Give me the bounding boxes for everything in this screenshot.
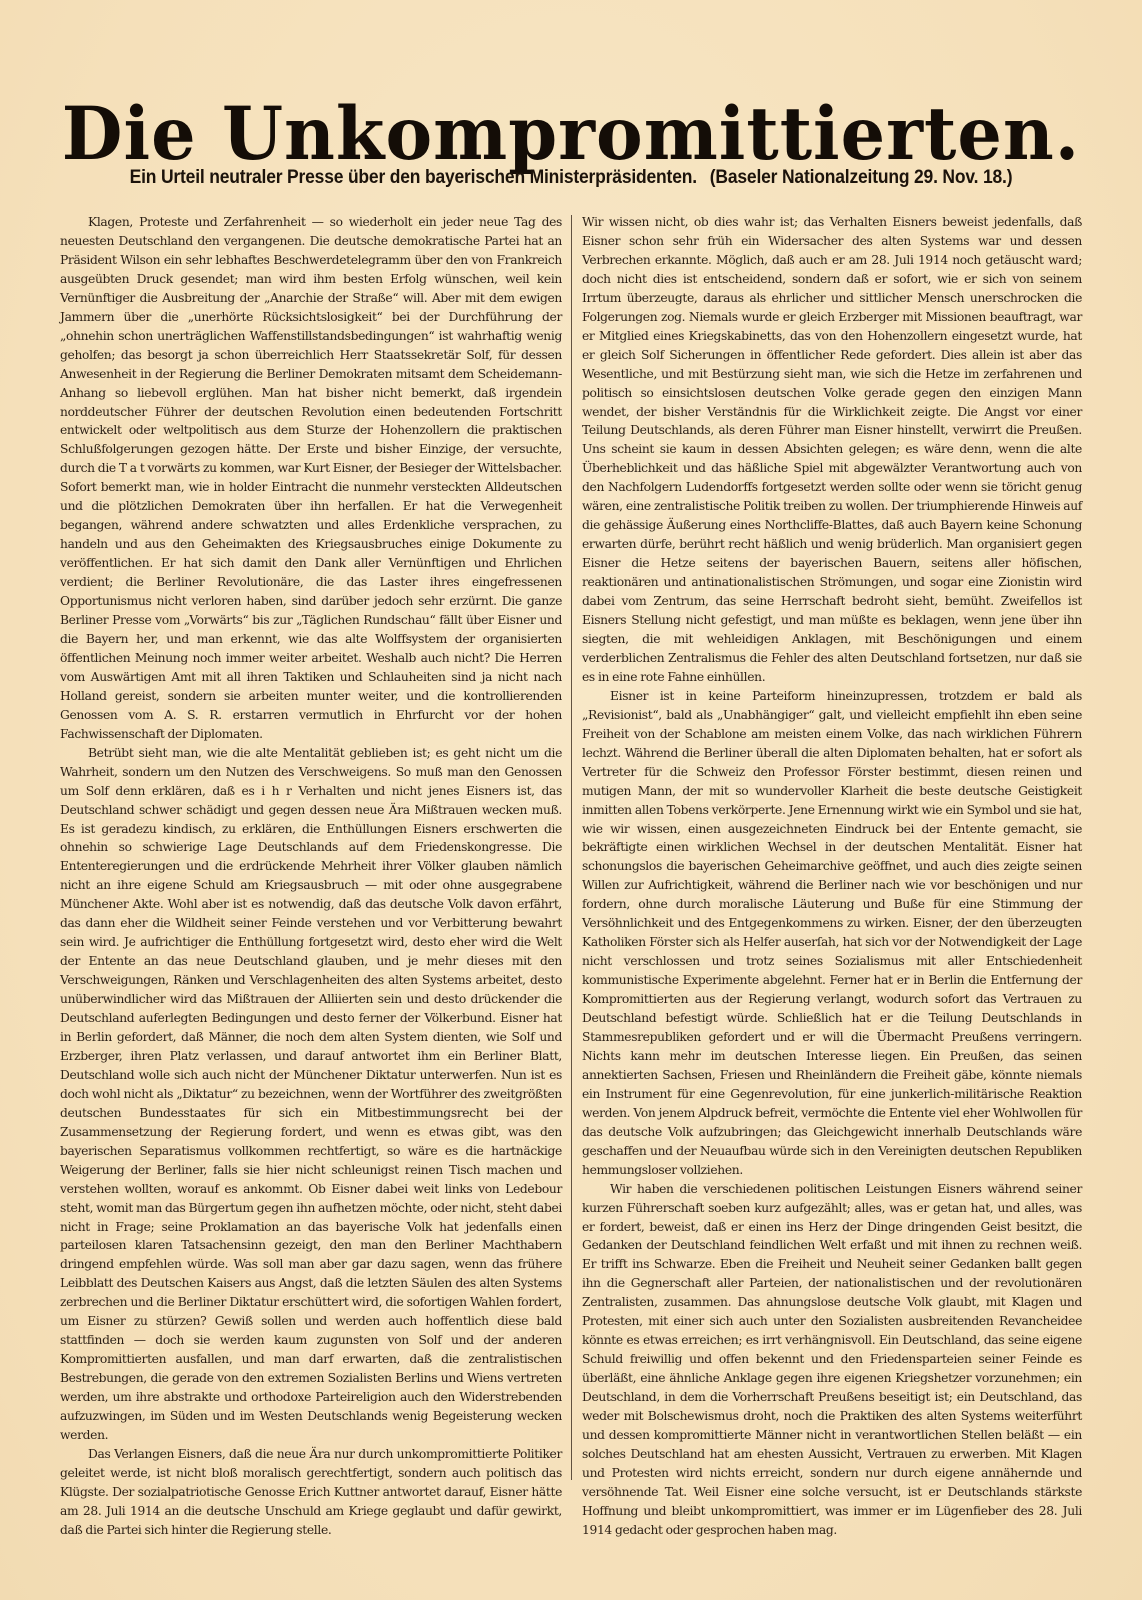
newspaper-page: Die Unkompromittierten. Ein Urteil neutr…: [0, 0, 1142, 1600]
column-divider: [571, 215, 572, 1480]
paragraph: Das Verlangen Eisners, daß die neue Ära …: [60, 1445, 562, 1540]
article-subtitle-line: Ein Urteil neutraler Presse über den bay…: [46, 168, 1097, 187]
paragraph: Klagen, Proteste und Zerfahrenheit — so …: [60, 213, 562, 744]
paragraph: Betrübt sieht man, wie die alte Mentalit…: [60, 744, 562, 1445]
paragraph: Wir haben die verschiedenen politischen …: [582, 1180, 1082, 1540]
paragraph: Wir wissen nicht, ob dies wahr ist; das …: [582, 213, 1082, 687]
paragraph: Eisner ist in keine Parteiform hineinzup…: [582, 687, 1082, 1180]
article-source: (Baseler Nationalzeitung 29. Nov. 18.): [710, 167, 1013, 188]
right-column: Wir wissen nicht, ob dies wahr ist; das …: [582, 213, 1082, 1540]
article-subtitle: Ein Urteil neutraler Presse über den bay…: [130, 167, 697, 188]
article-title: Die Unkompromittierten.: [0, 97, 1142, 171]
left-column: Klagen, Proteste und Zerfahrenheit — so …: [60, 213, 562, 1540]
